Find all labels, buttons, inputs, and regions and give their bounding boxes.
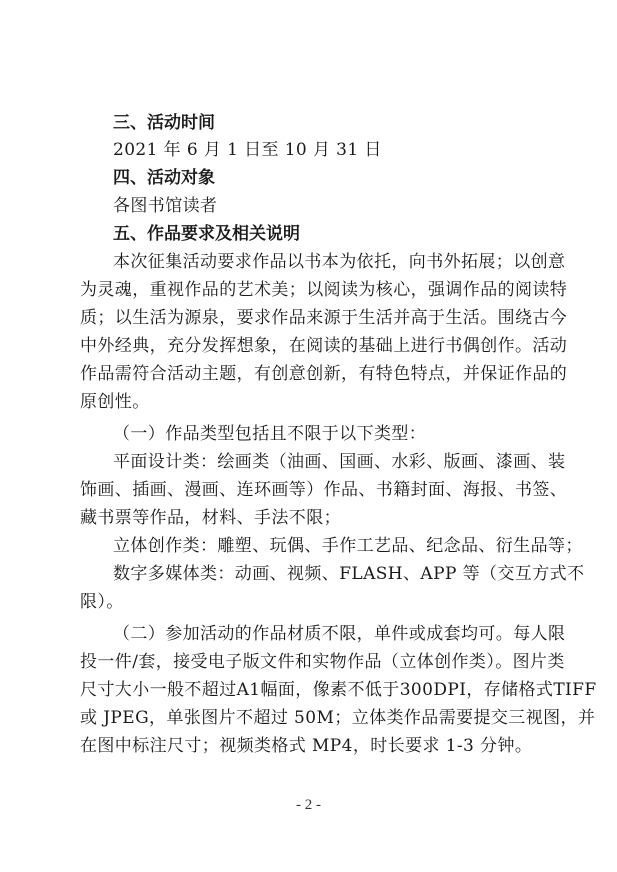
page-number: - 2 -	[0, 797, 617, 814]
body-line: 或 JPEG，单张图片不超过 50M；立体类作品需要提交三视图，并	[80, 707, 557, 729]
body-line: 尺寸大小一般不超过A1幅面，像素不低于300DPI，存储格式TIFF	[80, 679, 557, 701]
body-line: 饰画、插画、漫画、连环画等）作品、书籍封面、海报、书签、	[80, 479, 557, 501]
subsection-heading-work-types: （一）作品类型包括且不限于以下类型：	[113, 423, 426, 445]
body-line: 在图中标注尺寸；视频类格式 MP4，时长要求 1-3 分钟。	[80, 735, 532, 757]
body-line: 投一件/套，接受电子版文件和实物作品（立体创作类）。图片类	[80, 651, 557, 673]
activity-target-text: 各图书馆读者	[113, 195, 217, 217]
body-line: 中外经典，充分发挥想象，在阅读的基础上进行书偶创作。活动	[80, 335, 557, 357]
document-page: 三、活动时间 2021 年 6 月 1 日至 10 月 31 日 四、活动对象 …	[0, 0, 617, 872]
body-line: （二）参加活动的作品材质不限，单件或成套均可。每人限	[113, 623, 557, 645]
body-line: 平面设计类：绘画类（油画、国画、水彩、版画、漆画、装	[113, 451, 557, 473]
body-line: 限）。	[80, 591, 124, 613]
body-line: 质；以生活为源泉，要求作品来源于生活并高于生活。围绕古今	[80, 307, 557, 329]
body-line: 立体创作类：雕塑、玩偶、手作工艺品、纪念品、衍生品等；	[113, 535, 557, 557]
body-line: 作品需符合活动主题，有创意创新，有特色特点，并保证作品的	[80, 363, 557, 385]
section-heading-activity-time: 三、活动时间	[113, 112, 215, 134]
section-heading-activity-target: 四、活动对象	[113, 167, 215, 189]
body-line: 为灵魂，重视作品的艺术美；以阅读为核心，强调作品的阅读特	[80, 279, 557, 301]
body-line: 本次征集活动要求作品以书本为依托，向书外拓展；以创意	[113, 251, 557, 273]
body-line: 数字多媒体类：动画、视频、FLASH、APP 等（交互方式不	[113, 563, 557, 585]
section-heading-requirements: 五、作品要求及相关说明	[113, 223, 300, 245]
activity-time-text: 2021 年 6 月 1 日至 10 月 31 日	[113, 139, 382, 161]
body-line: 藏书票等作品，材料、手法不限；	[80, 507, 341, 529]
body-line: 原创性。	[80, 391, 150, 413]
